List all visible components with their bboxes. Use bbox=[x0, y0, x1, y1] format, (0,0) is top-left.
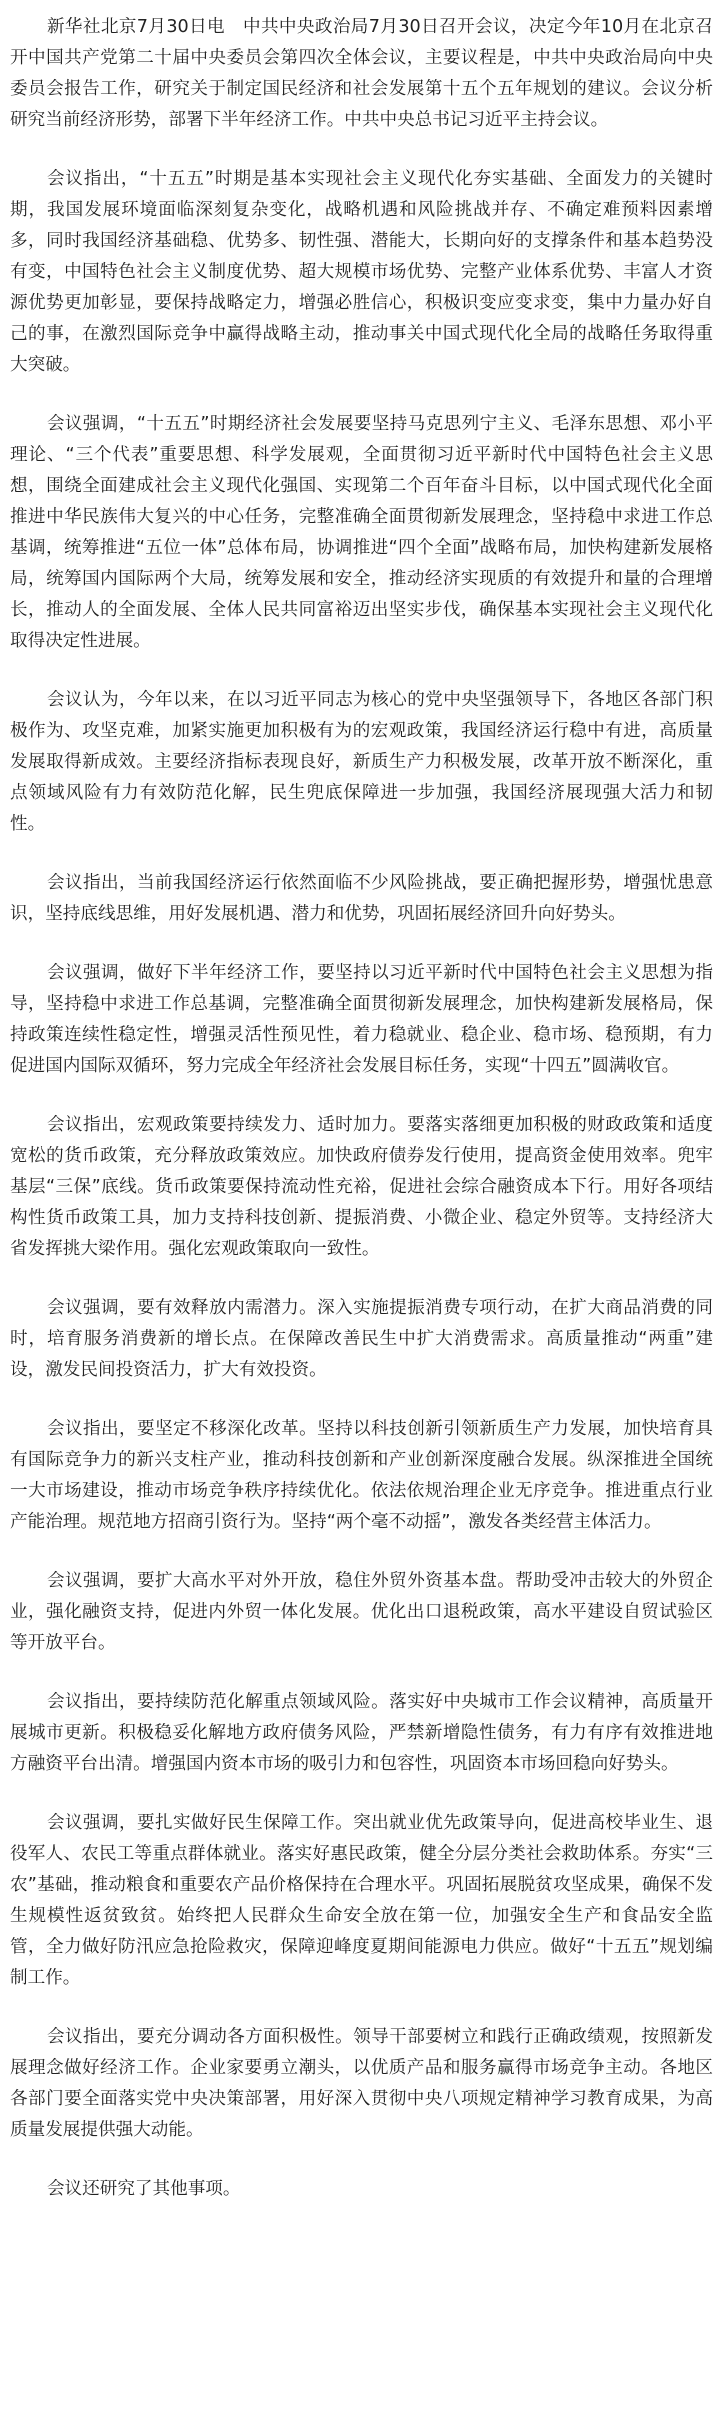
paragraph-economic-review: 会议认为，今年以来，在以习近平同志为核心的党中央坚强领导下，各地区各部门积极作为… bbox=[10, 685, 713, 840]
paragraph-macro-policy: 会议指出，宏观政策要持续发力、适时加力。要落实落细更加积极的财政政策和适度宽松的… bbox=[10, 1110, 713, 1265]
paragraph-deepen-reform: 会议指出，要坚定不移深化改革。坚持以科技创新引领新质生产力发展，加快培育具有国际… bbox=[10, 1414, 713, 1538]
paragraph-second-half-work: 会议强调，做好下半年经济工作，要坚持以习近平新时代中国特色社会主义思想为指导，坚… bbox=[10, 958, 713, 1082]
paragraph-dateline-intro: 新华社北京7月30日电 中共中央政治局7月30日召开会议，决定今年10月在北京召… bbox=[10, 12, 713, 136]
paragraph-risks-challenges: 会议指出，当前我国经济运行依然面临不少风险挑战，要正确把握形势，增强忧患意识，坚… bbox=[10, 868, 713, 930]
paragraph-15th-five-year-period: 会议指出，“十五五”时期是基本实现社会主义现代化夯实基础、全面发力的关键时期，我… bbox=[10, 164, 713, 381]
paragraph-other-matters: 会议还研究了其他事项。 bbox=[10, 2174, 713, 2205]
article-body: 新华社北京7月30日电 中共中央政治局7月30日召开会议，决定今年10月在北京召… bbox=[0, 0, 723, 2205]
paragraph-livelihood: 会议强调，要扎实做好民生保障工作。突出就业优先政策导向，促进高校毕业生、退役军人… bbox=[10, 1808, 713, 1994]
paragraph-opening-up: 会议强调，要扩大高水平对外开放，稳住外贸外资基本盘。帮助受冲击较大的外贸企业，强… bbox=[10, 1566, 713, 1659]
paragraph-mobilize-enthusiasm: 会议指出，要充分调动各方面积极性。领导干部要树立和践行正确政绩观，按照新发展理念… bbox=[10, 2022, 713, 2146]
paragraph-domestic-demand: 会议强调，要有效释放内需潜力。深入实施提振消费专项行动，在扩大商品消费的同时，培… bbox=[10, 1293, 713, 1386]
paragraph-risk-prevention: 会议指出，要持续防范化解重点领域风险。落实好中央城市工作会议精神，高质量开展城市… bbox=[10, 1687, 713, 1780]
paragraph-guiding-principles: 会议强调，“十五五”时期经济社会发展要坚持马克思列宁主义、毛泽东思想、邓小平理论… bbox=[10, 409, 713, 657]
